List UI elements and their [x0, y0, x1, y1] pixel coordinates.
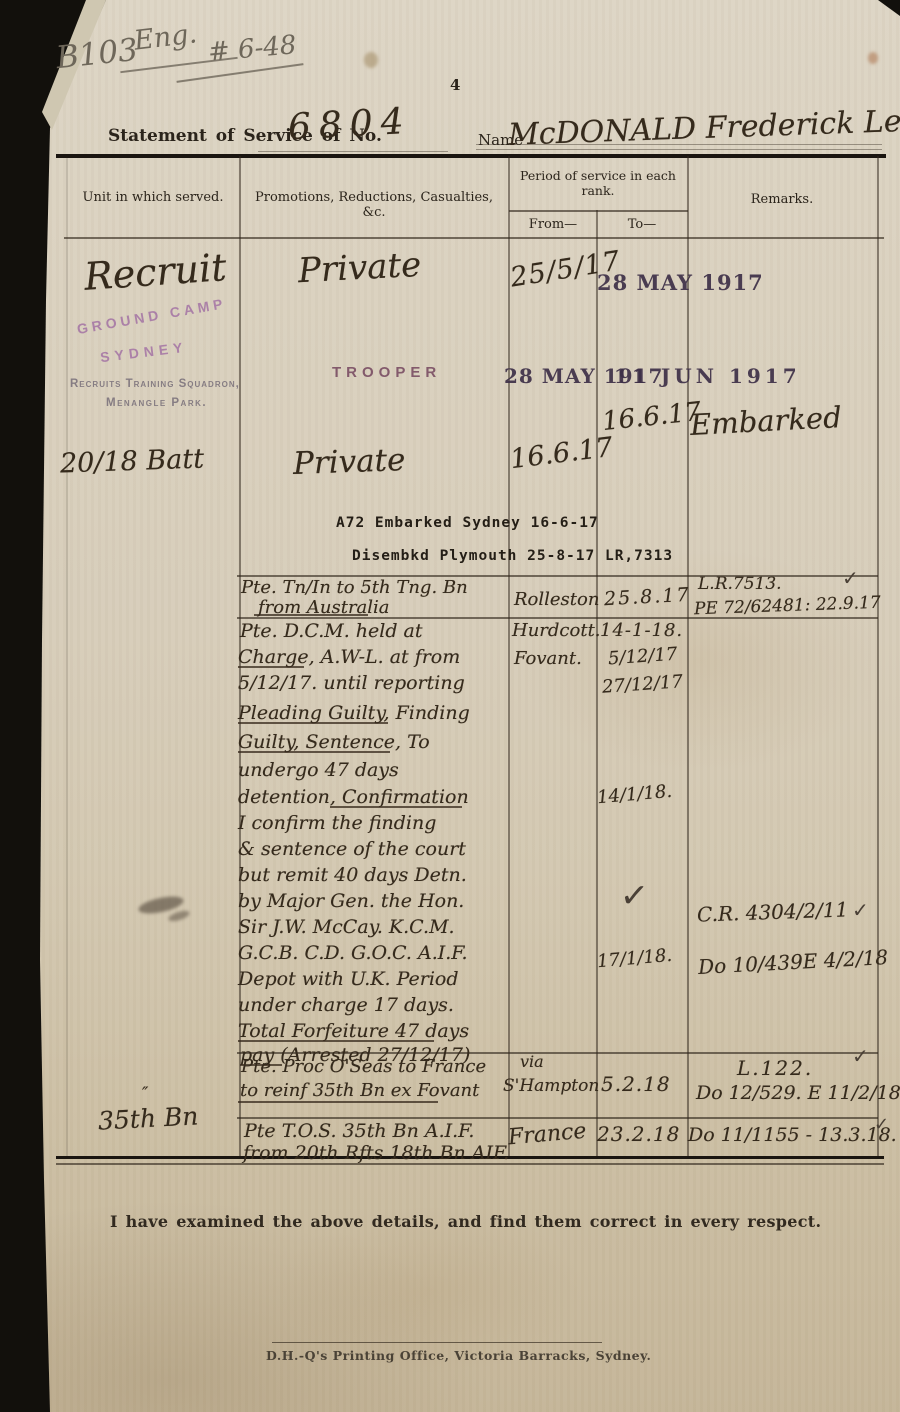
entry-oseas-line2: to reinf 35th Bn ex Fovant — [240, 1080, 479, 1101]
entry-date-5-2-18: 5.2.18 — [601, 1072, 671, 1096]
checkmark: ✓ — [852, 1044, 869, 1068]
dcm-entry-line: undergo 47 days — [238, 759, 399, 781]
trooper-rank-stamp: TROOPER — [332, 364, 441, 381]
period-subdivider — [509, 210, 688, 212]
entry-unit-ditto: ″ — [142, 1084, 148, 1104]
table-right-border — [877, 156, 879, 1156]
col-header-unit: Unit in which served. — [70, 190, 236, 205]
dcm-entry-line: under charge 17 days. — [238, 994, 454, 1016]
table-header-bottom-border — [64, 237, 884, 239]
underline-total-forfeiture — [238, 1040, 434, 1042]
column-divider-remarks — [687, 156, 689, 1156]
dcm-entry-line: Total Forfeiture 47 days — [238, 1020, 469, 1042]
footer-rule — [272, 1342, 602, 1343]
dcm-entry-line: & sentence of the court — [238, 838, 466, 860]
dcm-entry-line: G.C.B. C.D. G.O.C. A.I.F. — [238, 942, 468, 964]
entry-tos-line1: Pte T.O.S. 35th Bn A.I.F. — [244, 1120, 474, 1142]
typed-embarked-sydney: A72 Embarked Sydney 16-6-17 — [336, 515, 599, 531]
col-header-promotions: Promotions, Reductions, Casualties, &c. — [244, 190, 504, 220]
dcm-entry-line: by Major Gen. the Hon. — [238, 890, 464, 912]
service-record-scan: B103 Eng. # 6-48 4 Statement of Service … — [0, 0, 900, 1412]
underline-charge — [238, 666, 304, 668]
remark-do-11-1155: Do 11/1155 - 13.3.18. — [688, 1124, 897, 1146]
entry-place-fovant: Fovant. — [514, 648, 582, 669]
entry-rank-private: Private — [297, 245, 422, 291]
entry-date-14-1-18: 14-1-18. — [600, 620, 683, 641]
underline-reinf-35bn — [238, 1101, 438, 1103]
dcm-entry-line: 5/12/17. until reporting — [238, 672, 465, 694]
dcm-entry-line: Sir J.W. McCay. K.C.M. — [238, 916, 455, 938]
service-number-handwritten: 6804 — [287, 101, 413, 148]
col-header-from: From— — [512, 217, 594, 232]
date-stamp-28-may-1917: 28 MAY 1917 — [597, 270, 764, 295]
entry-place-rolleston: Rolleston — [514, 589, 599, 610]
checkmark: ✓ — [842, 566, 859, 590]
underline-guilty-sentence — [238, 751, 390, 753]
column-divider-promotions — [508, 156, 510, 1156]
table-top-border — [56, 154, 886, 158]
entry-date-rolleston: 25.8.17 — [603, 584, 691, 610]
table-row-line — [237, 1117, 878, 1119]
underline-from-australia — [254, 614, 368, 616]
col-header-period: Period of service in each rank. — [512, 168, 684, 198]
dcm-entry-line: Charge, A.W-L. at from — [238, 646, 460, 668]
dcm-entry-line: detention, Confirmation — [238, 786, 469, 808]
table-left-border — [66, 156, 68, 1156]
remark-do-12-529: Do 12/529. E 11/2/18. — [696, 1082, 900, 1104]
dcm-entry-line: Guilty, Sentence, To — [238, 731, 430, 753]
entry-tos-line2: from 20th Rfts 18th Bn AIF. — [243, 1142, 509, 1164]
checkmark-large: ✓ — [619, 875, 650, 917]
paper-stain — [868, 52, 878, 64]
entry-place-shampton: S'Hampton — [503, 1076, 599, 1096]
entry-via: via — [520, 1052, 544, 1071]
entry-rank-private-2: Private — [292, 442, 406, 482]
remark-l122: L.122. — [737, 1056, 813, 1080]
entry-unit-2018-batt: 20/18 Batt — [60, 443, 205, 479]
entry-place-hurdcott: Hurdcott. — [512, 620, 601, 641]
date-stamp-11-jun-1917: 11 JUN 1917 — [614, 364, 801, 388]
column-divider-from-to — [596, 210, 598, 1156]
page-number: 4 — [450, 76, 460, 94]
paper-stain — [364, 52, 378, 68]
service-number-underline — [258, 151, 448, 152]
recruits-training-squadron-stamp: Recruits Training Squadron, — [70, 378, 240, 390]
underline-pleading-guilty — [238, 722, 388, 724]
checkmark: ✓ — [874, 1114, 889, 1135]
name-underline — [476, 144, 882, 145]
certification-text: I have examined the above details, and f… — [110, 1212, 821, 1231]
dcm-entry-line: I confirm the finding — [238, 812, 436, 834]
col-header-to: To— — [600, 217, 684, 232]
menangle-park-stamp: Menangle Park. — [106, 397, 207, 409]
dcm-entry-line: Pleading Guilty, Finding — [238, 702, 470, 724]
dcm-entry-line: Depot with U.K. Period — [238, 968, 459, 990]
underline-confirmation — [330, 806, 462, 808]
printer-imprint: D.H.-Q's Printing Office, Victoria Barra… — [266, 1348, 651, 1363]
name-underline — [476, 149, 882, 150]
dcm-entry-line: but remit 40 days Detn. — [238, 864, 467, 886]
entry-date-23-2-18: 23.2.18 — [597, 1122, 680, 1146]
entry-unit-35th-bn: 35th Bn — [97, 1101, 199, 1135]
dcm-entry-line: Pte. D.C.M. held at — [240, 620, 423, 642]
checkmark: ✓ — [852, 898, 869, 922]
col-header-remarks: Remarks. — [690, 192, 874, 207]
remark-lr7513: L.R.7513. — [698, 574, 782, 594]
entry-tngbn-line1: Pte. Tn/In to 5th Tng. Bn — [241, 577, 468, 598]
entry-oseas-line1: Pte. Proc O'Seas to France — [241, 1056, 486, 1077]
typed-disembarked-plymouth: Disembkd Plymouth 25-8-17 LR,7313 — [352, 548, 673, 564]
